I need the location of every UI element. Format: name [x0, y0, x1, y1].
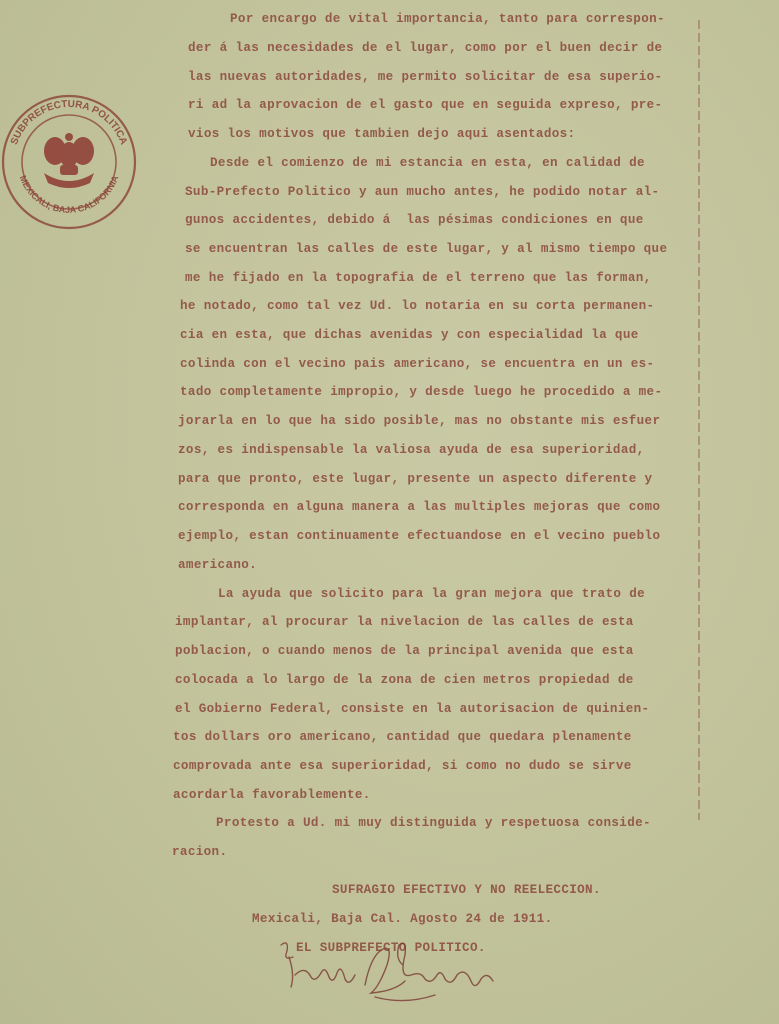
body-line: La ayuda que solicito para la gran mejor…: [218, 587, 645, 601]
body-line: poblacion, o cuando menos de la principa…: [175, 644, 634, 658]
body-line: der á las necesidades de el lugar, como …: [188, 41, 662, 55]
body-line: jorarla en lo que ha sido posible, mas n…: [178, 414, 660, 428]
body-line: cia en esta, que dichas avenidas y con e…: [180, 328, 639, 342]
body-line: racion.: [172, 845, 227, 859]
body-line: el Gobierno Federal, consiste en la auto…: [175, 702, 649, 716]
body-line: ejemplo, estan continuamente efectuandos…: [178, 529, 660, 543]
body-line: para que pronto, este lugar, presente un…: [178, 472, 652, 486]
body-line: implantar, al procurar la nivelacion de …: [175, 615, 634, 629]
body-line: tos dollars oro americano, cantidad que …: [173, 730, 632, 744]
signature-icon: [275, 935, 515, 1005]
body-line: Sub-Prefecto Politico y aun mucho antes,…: [185, 185, 659, 199]
place-date: Mexicali, Baja Cal. Agosto 24 de 1911.: [252, 912, 552, 926]
body-line: zos, es indispensable la valiosa ayuda d…: [178, 443, 645, 457]
body-line: colinda con el vecino pais americano, se…: [180, 357, 654, 371]
body-line: colocada a lo largo de la zona de cien m…: [175, 673, 634, 687]
body-line: corresponda en alguna manera a las multi…: [178, 500, 660, 514]
seal-stamp-icon: SUBPREFECTURA POLITICA MEXICALI, BAJA CA…: [0, 93, 138, 231]
body-line: Protesto a Ud. mi muy distinguida y resp…: [216, 816, 651, 830]
body-line: Por encargo de vital importancia, tanto …: [230, 12, 665, 26]
right-margin-line: [698, 20, 700, 820]
seal-bottom-text: MEXICALI, BAJA CALIFORNIA: [18, 174, 121, 215]
body-line: americano.: [178, 558, 257, 572]
body-line: vios los motivos que tambien dejo aqui a…: [188, 127, 575, 141]
body-line: ri ad la aprovacion de el gasto que en s…: [188, 98, 662, 112]
body-line: Desde el comienzo de mi estancia en esta…: [210, 156, 645, 170]
body-line: comprovada ante esa superioridad, si com…: [173, 759, 632, 773]
body-line: se encuentran las calles de este lugar, …: [185, 242, 667, 256]
letter-page: SUBPREFECTURA POLITICA MEXICALI, BAJA CA…: [0, 0, 779, 1024]
body-line: las nuevas autoridades, me permito solic…: [188, 70, 662, 84]
body-line: acordarla favorablemente.: [173, 788, 371, 802]
body-line: he notado, como tal vez Ud. lo notaria e…: [180, 299, 654, 313]
body-line: gunos accidentes, debido á las pésimas c…: [185, 213, 644, 227]
svg-text:MEXICALI, BAJA CALIFORNIA: MEXICALI, BAJA CALIFORNIA: [18, 174, 121, 215]
body-line: me he fijado en la topografia de el terr…: [185, 271, 652, 285]
body-line: tado completamente impropio, y desde lue…: [180, 385, 662, 399]
closing-motto: SUFRAGIO EFECTIVO Y NO REELECCION.: [332, 883, 601, 897]
